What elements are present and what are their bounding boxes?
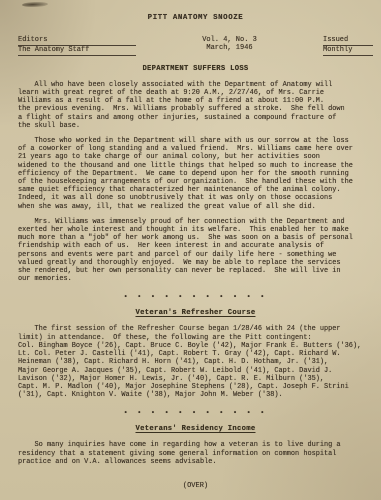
paragraph: The first session of the Refresher Cours… <box>18 325 373 399</box>
masthead: Editors The Anatomy Staff Vol. 4, No. 3 … <box>18 36 373 56</box>
section-heading: Veteran's Refresher Course <box>18 309 373 317</box>
editors-label: Editors <box>18 36 136 46</box>
section-department-suffers-loss: DEPARTMENT SUFFERS LOSS All who have bee… <box>18 65 373 284</box>
masthead-editors: Editors The Anatomy Staff <box>18 36 136 56</box>
section-residency-income: Veterans' Residency Income So many inqui… <box>18 425 373 466</box>
date-line: March, 1946 <box>136 44 323 52</box>
issued-value: Monthly <box>323 46 373 56</box>
paragraph: So many inquiries have come in regarding… <box>18 441 373 466</box>
paragraph: Those who worked in the Department will … <box>18 137 373 211</box>
section-refresher-course: Veteran's Refresher Course The first ses… <box>18 309 373 399</box>
asterisk-separator: • • • • • • • • • • • <box>18 293 373 300</box>
editors-value: The Anatomy Staff <box>18 46 136 56</box>
issued-label: Issued <box>323 36 373 46</box>
page-title: PITT ANATOMY SNOOZE <box>18 14 373 22</box>
over-note: (OVER) <box>18 482 373 490</box>
corner-smudge <box>22 2 48 8</box>
asterisk-separator: • • • • • • • • • • • <box>18 409 373 416</box>
newsletter-page: PITT ANATOMY SNOOZE Editors The Anatomy … <box>0 0 381 500</box>
masthead-issued: Issued Monthly <box>323 36 373 56</box>
section-heading: DEPARTMENT SUFFERS LOSS <box>18 65 373 73</box>
section-heading: Veterans' Residency Income <box>18 425 373 433</box>
paragraph: All who have been closely associated wit… <box>18 81 373 130</box>
paragraph: Mrs. Williams was immensely proud of her… <box>18 218 373 284</box>
masthead-volume-date: Vol. 4, No. 3 March, 1946 <box>136 36 323 53</box>
